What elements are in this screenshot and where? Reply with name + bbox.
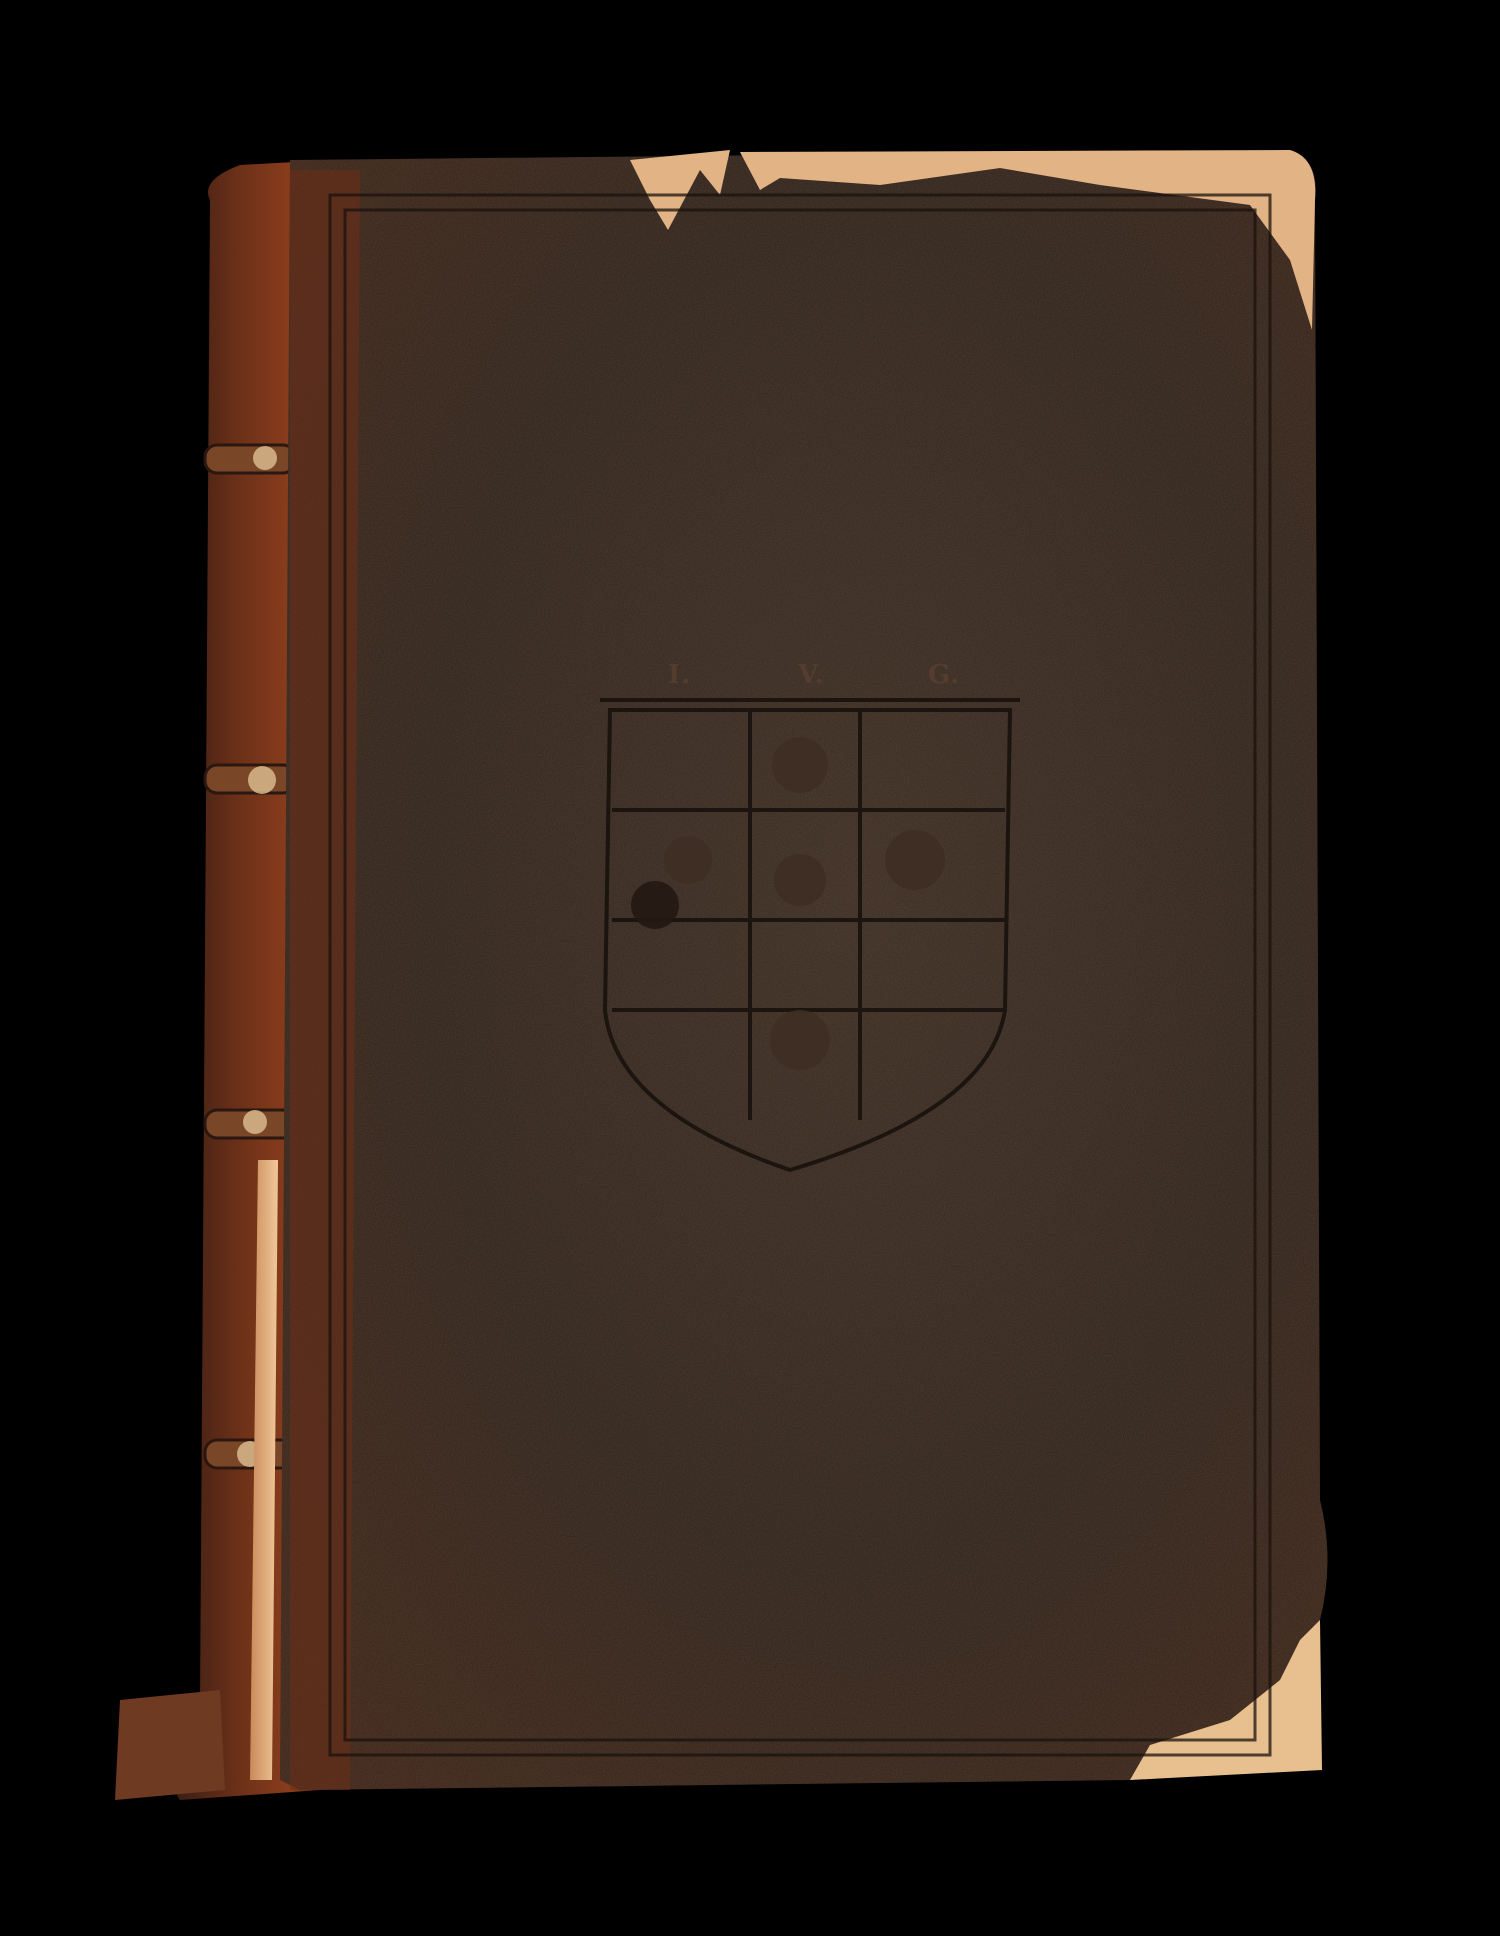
cover-initial-1: I. bbox=[668, 660, 691, 690]
book-photo: I. V. G. bbox=[0, 0, 1500, 1936]
cover-initial-3: G. bbox=[928, 660, 960, 690]
book-illustration bbox=[0, 0, 1500, 1936]
cover-initial-2: V. bbox=[798, 660, 825, 690]
book-cover bbox=[280, 150, 1328, 1790]
